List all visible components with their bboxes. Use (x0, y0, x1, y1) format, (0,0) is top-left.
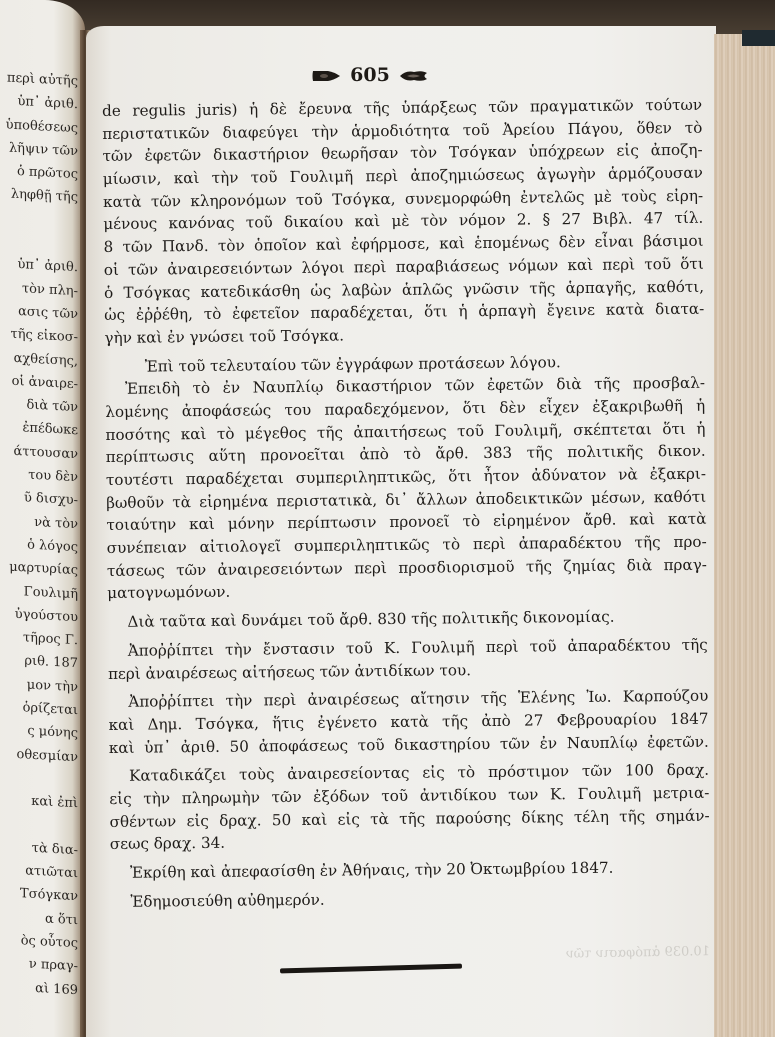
page-stack-edge (714, 34, 775, 1037)
page-header: 605 (300, 62, 440, 88)
left-page-text-fragments: περὶ αὐτῆςὑπ᾽ ἀριθ.ὑποθέσεωςλῆψιν τῶνὁ π… (0, 66, 85, 1002)
fleuron-ornament-icon (398, 68, 428, 82)
facing-left-page: περὶ αὐτῆςὑπ᾽ ἀριθ.ὑποθέσεωςλῆψιν τῶνὁ π… (0, 0, 85, 1037)
left-page-line: τῆς εἰκοσ- (0, 322, 78, 349)
book-cover-corner (742, 30, 775, 46)
court-decision-text: de regulis juris) ἡ δὲ ἔρευνα τῆς ὑπάρξε… (102, 94, 710, 914)
left-page-line: λῆψιν τῶν (0, 136, 78, 163)
left-page-line: οἱ ἀναιρε- (0, 369, 78, 396)
left-page-line: μαρτυρίας (0, 555, 78, 582)
pointing-hand-ornament-icon (312, 68, 342, 82)
left-page-line: ληφθῇ τῆς (0, 182, 78, 209)
left-page-line: περὶ αὐτῆς (0, 66, 78, 93)
left-page-line: αὶ 169 (0, 975, 78, 1002)
page-number: 605 (350, 64, 390, 86)
